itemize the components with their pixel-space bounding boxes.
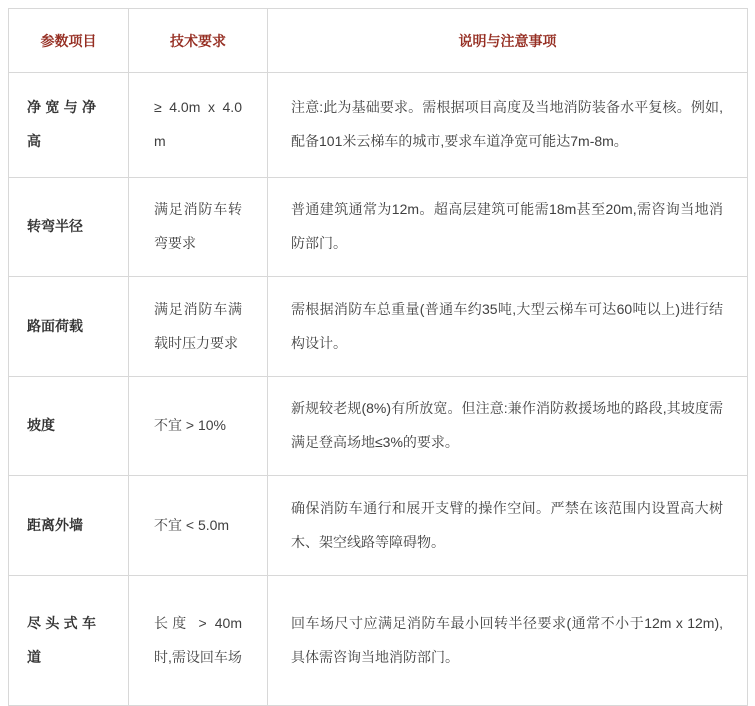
table-header-row: 参数项目 技术要求 说明与注意事项: [9, 9, 748, 73]
table-row: 距离外墙 不宜 < 5.0m 确保消防车通行和展开支臂的操作空间。严禁在该范围内…: [9, 476, 748, 576]
param-cell: 坡度: [9, 377, 129, 476]
table-row: 坡度 不宜 > 10% 新规较老规(8%)有所放宽。但注意:兼作消防救援场地的路…: [9, 377, 748, 476]
header-notes: 说明与注意事项: [268, 9, 748, 73]
table-row: 尽头式车道 长度 > 40m 时,需设回车场 回车场尺寸应满足消防车最小回转半径…: [9, 576, 748, 706]
param-cell: 净宽与净高: [9, 73, 129, 178]
requirement-cell: 不宜 < 5.0m: [129, 476, 268, 576]
header-param: 参数项目: [9, 9, 129, 73]
param-cell: 距离外墙: [9, 476, 129, 576]
header-requirement: 技术要求: [129, 9, 268, 73]
requirement-cell: 满足消防车转弯要求: [129, 178, 268, 277]
param-cell: 路面荷载: [9, 277, 129, 377]
fire-lane-spec-table: 参数项目 技术要求 说明与注意事项 净宽与净高 ≥ 4.0m x 4.0m 注意…: [8, 8, 748, 706]
note-cell: 确保消防车通行和展开支臂的操作空间。严禁在该范围内设置高大树木、架空线路等障碍物…: [268, 476, 748, 576]
note-cell: 回车场尺寸应满足消防车最小回转半径要求(通常不小于12m x 12m),具体需咨…: [268, 576, 748, 706]
table-row: 净宽与净高 ≥ 4.0m x 4.0m 注意:此为基础要求。需根据项目高度及当地…: [9, 73, 748, 178]
requirement-cell: 不宜 > 10%: [129, 377, 268, 476]
requirement-cell: 满足消防车满载时压力要求: [129, 277, 268, 377]
table-row: 转弯半径 满足消防车转弯要求 普通建筑通常为12m。超高层建筑可能需18m甚至2…: [9, 178, 748, 277]
requirement-cell: ≥ 4.0m x 4.0m: [129, 73, 268, 178]
note-cell: 新规较老规(8%)有所放宽。但注意:兼作消防救援场地的路段,其坡度需满足登高场地…: [268, 377, 748, 476]
requirement-cell: 长度 > 40m 时,需设回车场: [129, 576, 268, 706]
note-cell: 注意:此为基础要求。需根据项目高度及当地消防装备水平复核。例如,配备101米云梯…: [268, 73, 748, 178]
note-cell: 普通建筑通常为12m。超高层建筑可能需18m甚至20m,需咨询当地消防部门。: [268, 178, 748, 277]
param-cell: 转弯半径: [9, 178, 129, 277]
param-cell: 尽头式车道: [9, 576, 129, 706]
note-cell: 需根据消防车总重量(普通车约35吨,大型云梯车可达60吨以上)进行结构设计。: [268, 277, 748, 377]
table-row: 路面荷载 满足消防车满载时压力要求 需根据消防车总重量(普通车约35吨,大型云梯…: [9, 277, 748, 377]
page: 参数项目 技术要求 说明与注意事项 净宽与净高 ≥ 4.0m x 4.0m 注意…: [0, 0, 755, 703]
